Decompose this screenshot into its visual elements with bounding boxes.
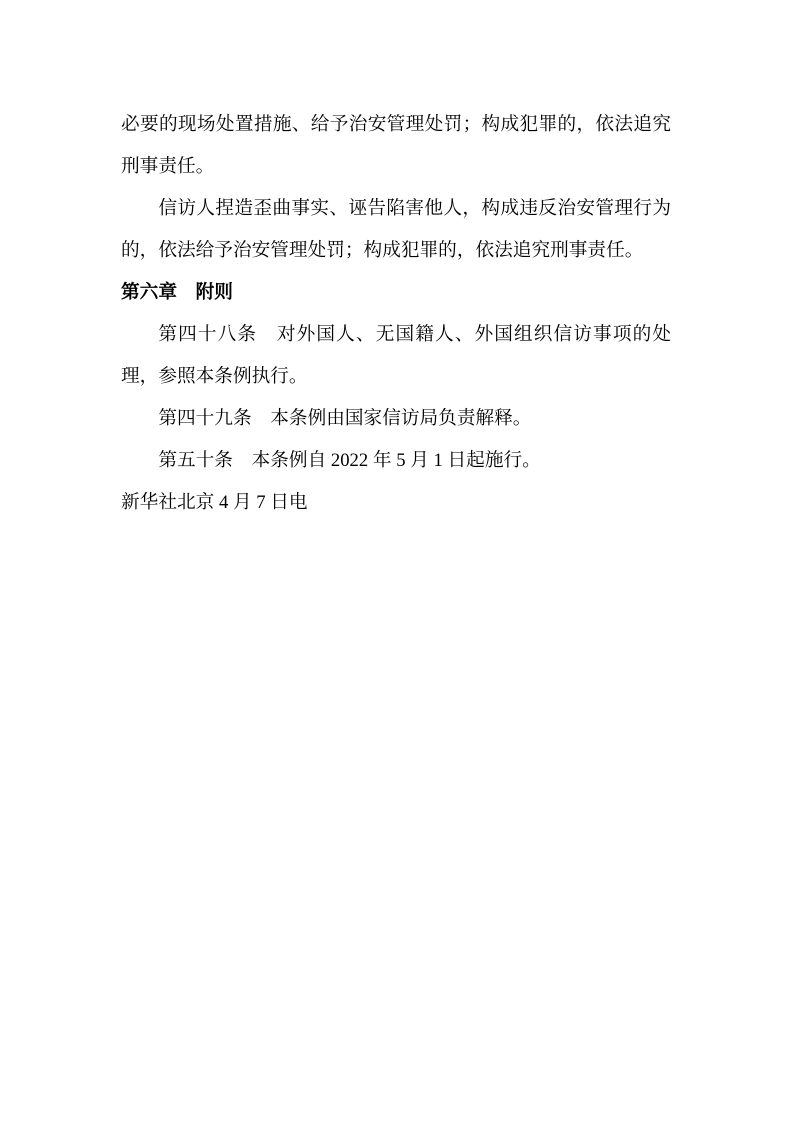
news-agency-dateline: 新华社北京 4 月 7 日电 <box>121 482 671 524</box>
body-paragraph-continuation: 必要的现场处置措施、给予治安管理处罚；构成犯罪的，依法追究刑事责任。 <box>121 104 671 188</box>
body-paragraph: 信访人捏造歪曲事实、诬告陷害他人，构成违反治安管理行为的，依法给予治安管理处罚；… <box>121 188 671 272</box>
document-page: 必要的现场处置措施、给予治安管理处罚；构成犯罪的，依法追究刑事责任。 信访人捏造… <box>0 0 794 1123</box>
article-48-paragraph: 第四十八条 对外国人、无国籍人、外国组织信访事项的处理，参照本条例执行。 <box>121 314 671 398</box>
chapter-heading: 第六章 附则 <box>121 272 671 314</box>
article-49-paragraph: 第四十九条 本条例由国家信访局负责解释。 <box>121 398 671 440</box>
article-50-paragraph: 第五十条 本条例自 2022 年 5 月 1 日起施行。 <box>121 440 671 482</box>
document-text-block: 必要的现场处置措施、给予治安管理处罚；构成犯罪的，依法追究刑事责任。 信访人捏造… <box>121 104 671 524</box>
